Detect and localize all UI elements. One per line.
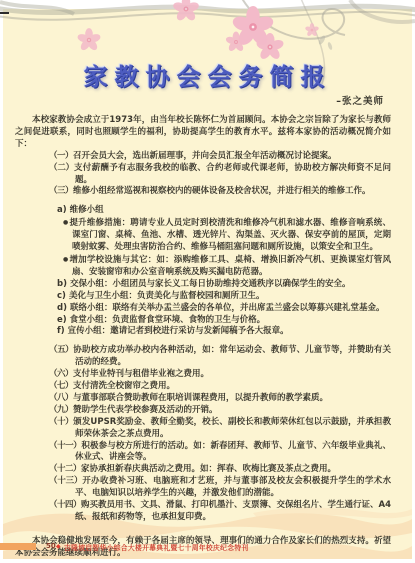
item-number: （六） <box>49 369 73 379</box>
item-text: 赞助学生代表学校参赛及活动的开销。 <box>73 405 218 415</box>
diamond-icon: ◆ <box>56 543 61 550</box>
committee-label: e) <box>57 315 67 325</box>
item-number: （八） <box>49 393 73 403</box>
sub-bullet: ●提升维修措施：聘请专业人员定时到校清洗和维修冷气机和滤水器、维修音响系统、课室… <box>63 217 391 254</box>
page-footer: 50 ◆ 吉隆坡启智华小综合大楼开幕典礼暨七十周年校庆纪念特刊 <box>0 541 415 553</box>
footer-accent-bar <box>0 543 36 550</box>
item-number: （七） <box>49 381 73 391</box>
numbered-item: （十四）购买教员用书、文具、滑鼠、打印机墨汁、支票簿、交保组名片、学生通行证、A… <box>49 500 391 524</box>
numbered-item: （六）支付毕业特刊与租借毕业袍之费用。 <box>49 369 391 381</box>
item-text: 支付薪酬予有志服务我校的临教、合约老师或代课老师，协助校方解决师资不足问题。 <box>74 163 391 185</box>
bullet-icon: ● <box>63 219 68 226</box>
page: 家教协会会务简报 –张之美师 本校家教协会成立于1973年，由当年校长陈怀仁为首… <box>0 0 415 563</box>
numbered-item: （一）召开会员大会，选出新届理事，并向会员汇报全年活动概况讨论提案。 <box>49 151 391 163</box>
item-text: 购买教员用书、文具、滑鼠、打印机墨汁、支票簿、交保组名片、学生通行证、A4纸、报… <box>75 500 391 522</box>
item-number: （九） <box>49 405 73 415</box>
item-number: （一） <box>49 151 73 161</box>
numbered-item: （十三）开办收费补习班、电脑班和才艺班，并与董事部及校友会积极提升学生的学术水平… <box>49 476 391 500</box>
numbered-item: （十）颁发UPSR奖励金、教师全勤奖，校长、副校长和教师荣休红包以示鼓励，并承担… <box>49 417 391 441</box>
committee-row: d)联络小组：联络有关举办盂兰盛会的各单位，并出席盂兰盛会以筹募兴建礼堂基金。 <box>57 303 391 315</box>
committee-title: 维修小组 <box>70 205 104 215</box>
item-number: （十三） <box>49 476 82 486</box>
intro-paragraph: 本校家教协会成立于1973年，由当年校长陈怀仁为首届顾问。本协会之宗旨除了为家长… <box>15 115 391 151</box>
item-text: 积极参与校方所进行的活动。如：新春团拜、教师节、儿童节、六年级毕业典礼、休业式、… <box>75 441 391 463</box>
sub-bullet: ●增加学校设施与其它：如：添购维修工具、桌椅、增换旧新冷气机、更换课室灯管风扇、… <box>63 254 391 279</box>
bullet-icon: ● <box>63 256 68 263</box>
item-number: （五） <box>49 345 73 355</box>
committee-label: d) <box>57 303 67 313</box>
bullet-text: 增加学校设施与其它：如：添购维修工具、桌椅、增换旧新冷气机、更换课室灯管风扇、安… <box>69 255 391 277</box>
numbered-item: （三）维修小组经常巡视和视察校内的硬体设备及校舍状况，并进行相关的维修工作。 <box>49 186 391 198</box>
bullet-text: 提升维修措施：聘请专业人员定时到校清洗和维修冷气机和滤水器、维修音响系统、课室门… <box>69 218 391 252</box>
committee-text: 美化与卫生小组：负责美化与监督校园和厕所卫生。 <box>69 291 265 301</box>
item-text: 支付毕业特刊与租借毕业袍之费用。 <box>73 369 209 379</box>
committee-row: f)宣传小组：邀请记者到校进行采访与发新闻稿予各大报章。 <box>57 326 391 338</box>
committee-label: b) <box>57 279 67 289</box>
committee-row: c)美化与卫生小组：负责美化与监督校园和厕所卫生。 <box>57 291 391 303</box>
committee-row: e)食堂小组：负责监督食堂环境、食物的卫生与价格。 <box>57 315 391 327</box>
numbered-item: （二）支付薪酬予有志服务我校的临教、合约老师或代课老师，协助校方解决师资不足问题… <box>49 163 391 187</box>
numbered-item: （五）协助校方成功举办校内各种活动，如：常年运动会、教师节、儿童节等，并赞助有关… <box>49 345 391 369</box>
item-text: 开办收费补习班、电脑班和才艺班，并与董事部及校友会积极提升学生的学术水平、电脑知… <box>75 476 391 498</box>
committee-row: b)交保小组：小组团员与家长义工每日协助维持交通秩序以确保学生的安全。 <box>57 279 391 291</box>
page-title: 家教协会会务简报 <box>0 57 415 92</box>
item-text: 家协承担新春庆典活动之费用。如：挥春、吹梅比赛及茶点之费用。 <box>81 464 336 474</box>
committee-label: f) <box>57 326 65 336</box>
item-text: 支付清洗全校窗帘之费用。 <box>73 381 175 391</box>
item-text: 颁发UPSR奖励金、教师全勤奖，校长、副校长和教师荣休红包以示鼓励，并承担教师荣… <box>73 417 391 439</box>
footer-title: 吉隆坡启智华小综合大楼开幕典礼暨七十周年校庆纪念特刊 <box>64 542 249 552</box>
item-number: （二） <box>49 163 74 173</box>
item-number: （十二） <box>49 464 81 474</box>
item-number: （三） <box>49 186 73 196</box>
author-byline: –张之美师 <box>336 93 384 107</box>
committee-label: c) <box>57 291 66 301</box>
numbered-item: （八）与董事部联合赞助教师在职培训课程费用，以提升教师的教学素质。 <box>49 393 391 405</box>
article-body: 本校家教协会成立于1973年，由当年校长陈怀仁为首届顾问。本协会之宗旨除了为家长… <box>15 115 391 560</box>
committee-heading: a)维修小组 <box>57 205 391 217</box>
item-text: 与董事部联合赞助教师在职培训课程费用，以提升教师的教学素质。 <box>73 393 328 403</box>
item-number: （十一） <box>49 441 81 451</box>
committee-text: 食堂小组：负责监督食堂环境、食物的卫生与价格。 <box>70 315 266 325</box>
committee-text: 宣传小组：邀请记者到校进行采访与发新闻稿予各大报章。 <box>68 326 289 336</box>
numbered-item: （十一）积极参与校方所进行的活动。如：新春团拜、教师节、儿童节、六年级毕业典礼、… <box>49 441 391 465</box>
numbered-item: （七）支付清洗全校窗帘之费用。 <box>49 381 391 393</box>
crop-mark <box>0 12 9 14</box>
item-number: （十四） <box>49 500 81 510</box>
item-text: 维修小组经常巡视和视察校内的硬体设备及校舍状况，并进行相关的维修工作。 <box>73 186 371 196</box>
committee-text: 联络小组：联络有关举办盂兰盛会的各单位，并出席盂兰盛会以筹募兴建礼堂基金。 <box>70 303 385 313</box>
page-number: 50 <box>46 542 56 550</box>
numbered-item: （九）赞助学生代表学校参赛及活动的开销。 <box>49 405 391 417</box>
item-number: （十） <box>49 417 73 427</box>
committee-label: a) <box>57 205 67 215</box>
committee-text: 交保小组：小组团员与家长义工每日协助维持交通秩序以确保学生的安全。 <box>70 279 351 289</box>
item-text: 协助校方成功举办校内各种活动，如：常年运动会、教师节、儿童节等，并赞助有关活动的… <box>73 345 391 367</box>
numbered-item: （十二）家协承担新春庆典活动之费用。如：挥春、吹梅比赛及茶点之费用。 <box>49 464 391 476</box>
item-text: 召开会员大会，选出新届理事，并向会员汇报全年活动概况讨论提案。 <box>73 151 337 161</box>
committee-section: a)维修小组 ●提升维修措施：聘请专业人员定时到校清洗和维修冷气机和滤水器、维修… <box>57 205 391 338</box>
